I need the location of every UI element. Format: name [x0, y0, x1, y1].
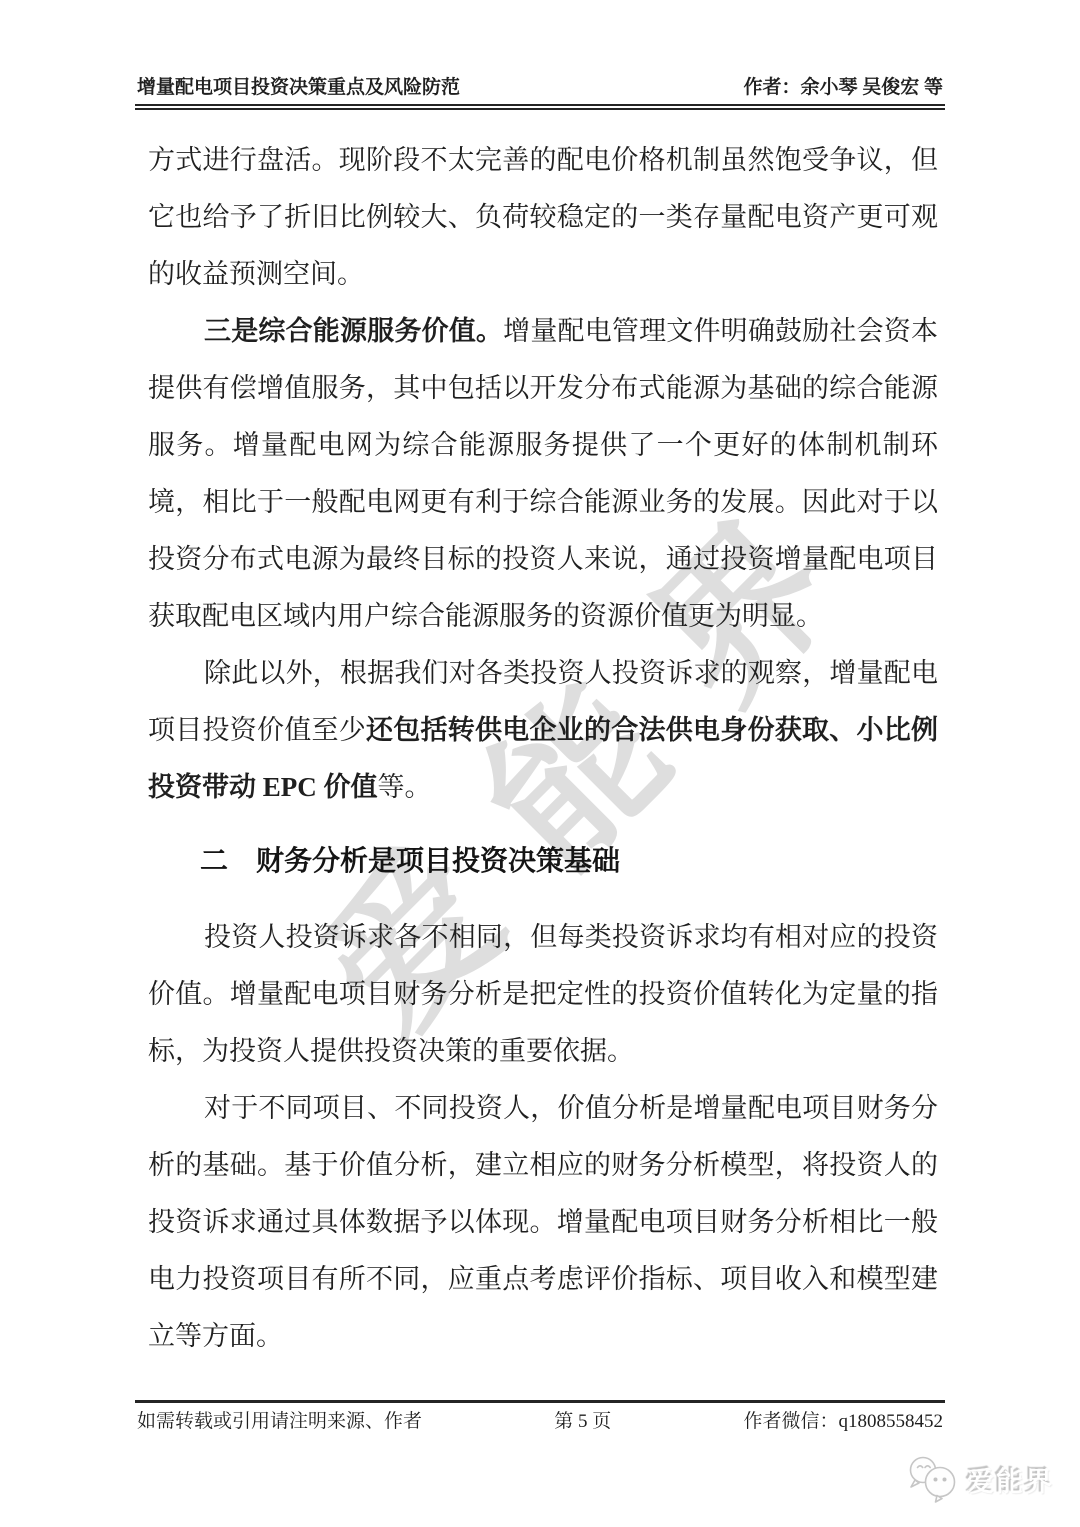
paragraph: 对于不同项目、不同投资人，价值分析是增量配电项目财务分析的基础。基于价值分析，建… [148, 1080, 938, 1365]
document-body: 方式进行盘活。现阶段不太完善的配电价格机制虽然饱受争议，但它也给予了折旧比例较大… [148, 132, 938, 1365]
paragraph: 投资人投资诉求各不相同，但每类投资诉求均有相对应的投资价值。增量配电项目财务分析… [148, 909, 938, 1080]
paragraph-bold-lead: 三是综合能源服务价值。 [204, 316, 503, 346]
paragraph-text: 投资人投资诉求各不相同，但每类投资诉求均有相对应的投资价值。增量配电项目财务分析… [148, 922, 938, 1066]
page-footer: 如需转载或引用请注明来源、作者 第 5 页 作者微信：q1808558452 [137, 1406, 943, 1433]
footer-attribution-note: 如需转载或引用请注明来源、作者 [137, 1406, 422, 1433]
running-author: 作者：余小琴 吴俊宏 等 [743, 72, 943, 99]
header-rule [135, 104, 945, 110]
footer-wechat-contact: 作者微信：q1808558452 [743, 1406, 943, 1433]
paragraph-text: 增量配电管理文件明确鼓励社会资本提供有偿增值服务，其中包括以开发分布式能源为基础… [148, 316, 938, 631]
paragraph: 除此以外，根据我们对各类投资人投资诉求的观察，增量配电项目投资价值至少还包括转供… [148, 645, 938, 816]
paragraph-text: 方式进行盘活。现阶段不太完善的配电价格机制虽然饱受争议，但它也给予了折旧比例较大… [148, 145, 938, 289]
running-title: 增量配电项目投资决策重点及风险防范 [137, 72, 460, 99]
brand-name: 爱能界 [967, 1460, 1054, 1499]
footer-rule [135, 1400, 945, 1403]
brand-logo: 爱能界 [906, 1456, 1054, 1503]
section-heading: 二 财务分析是项目投资决策基础 [148, 832, 938, 889]
page-header: 增量配电项目投资决策重点及风险防范 作者：余小琴 吴俊宏 等 [137, 72, 943, 99]
wechat-chat-bubbles-icon [906, 1456, 960, 1503]
footer-page-number: 第 5 页 [554, 1406, 611, 1433]
paragraph-text: 等。 [378, 772, 432, 802]
paragraph-text: 对于不同项目、不同投资人，价值分析是增量配电项目财务分析的基础。基于价值分析，建… [148, 1093, 938, 1351]
paragraph: 三是综合能源服务价值。增量配电管理文件明确鼓励社会资本提供有偿增值服务，其中包括… [148, 303, 938, 645]
paragraph: 方式进行盘活。现阶段不太完善的配电价格机制虽然饱受争议，但它也给予了折旧比例较大… [148, 132, 938, 303]
